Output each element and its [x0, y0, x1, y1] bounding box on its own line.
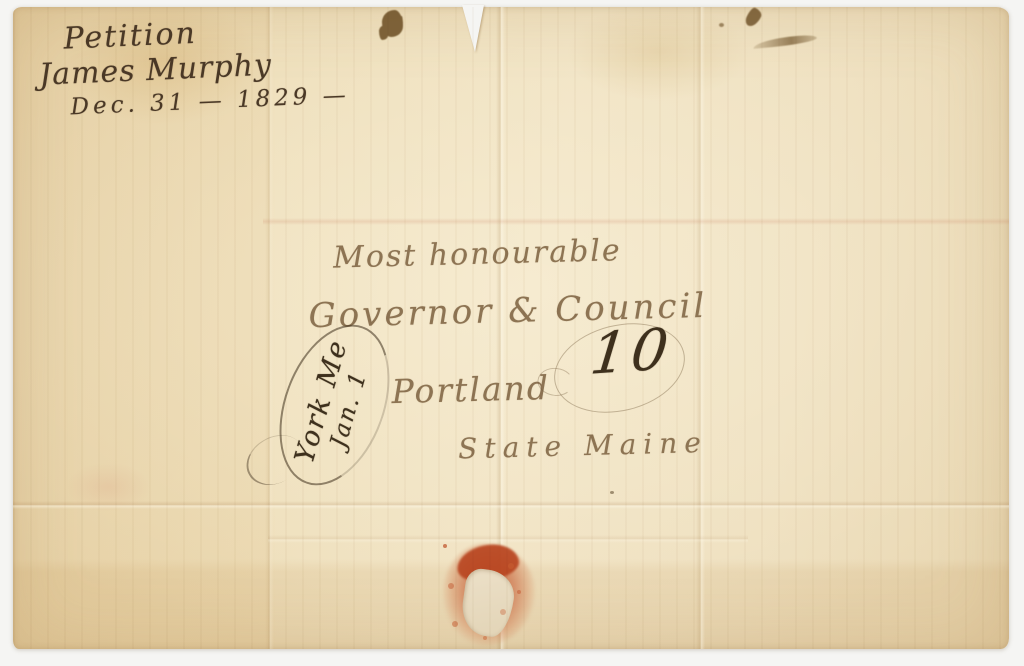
address-city: Portland — [391, 368, 550, 411]
wax-seal — [443, 544, 535, 646]
top-edge-tear-notch — [462, 5, 484, 52]
postage-rate-marking: 10 — [587, 316, 675, 387]
letter-sheet: Petition James Murphy Dec. 31 — 1829 — M… — [13, 7, 1009, 649]
address-state: State Maine — [458, 426, 709, 466]
wax-seal-specks — [443, 544, 447, 548]
photo-background: Petition James Murphy Dec. 31 — 1829 — M… — [0, 0, 1024, 666]
address-honorific: Most honourable — [333, 233, 622, 276]
